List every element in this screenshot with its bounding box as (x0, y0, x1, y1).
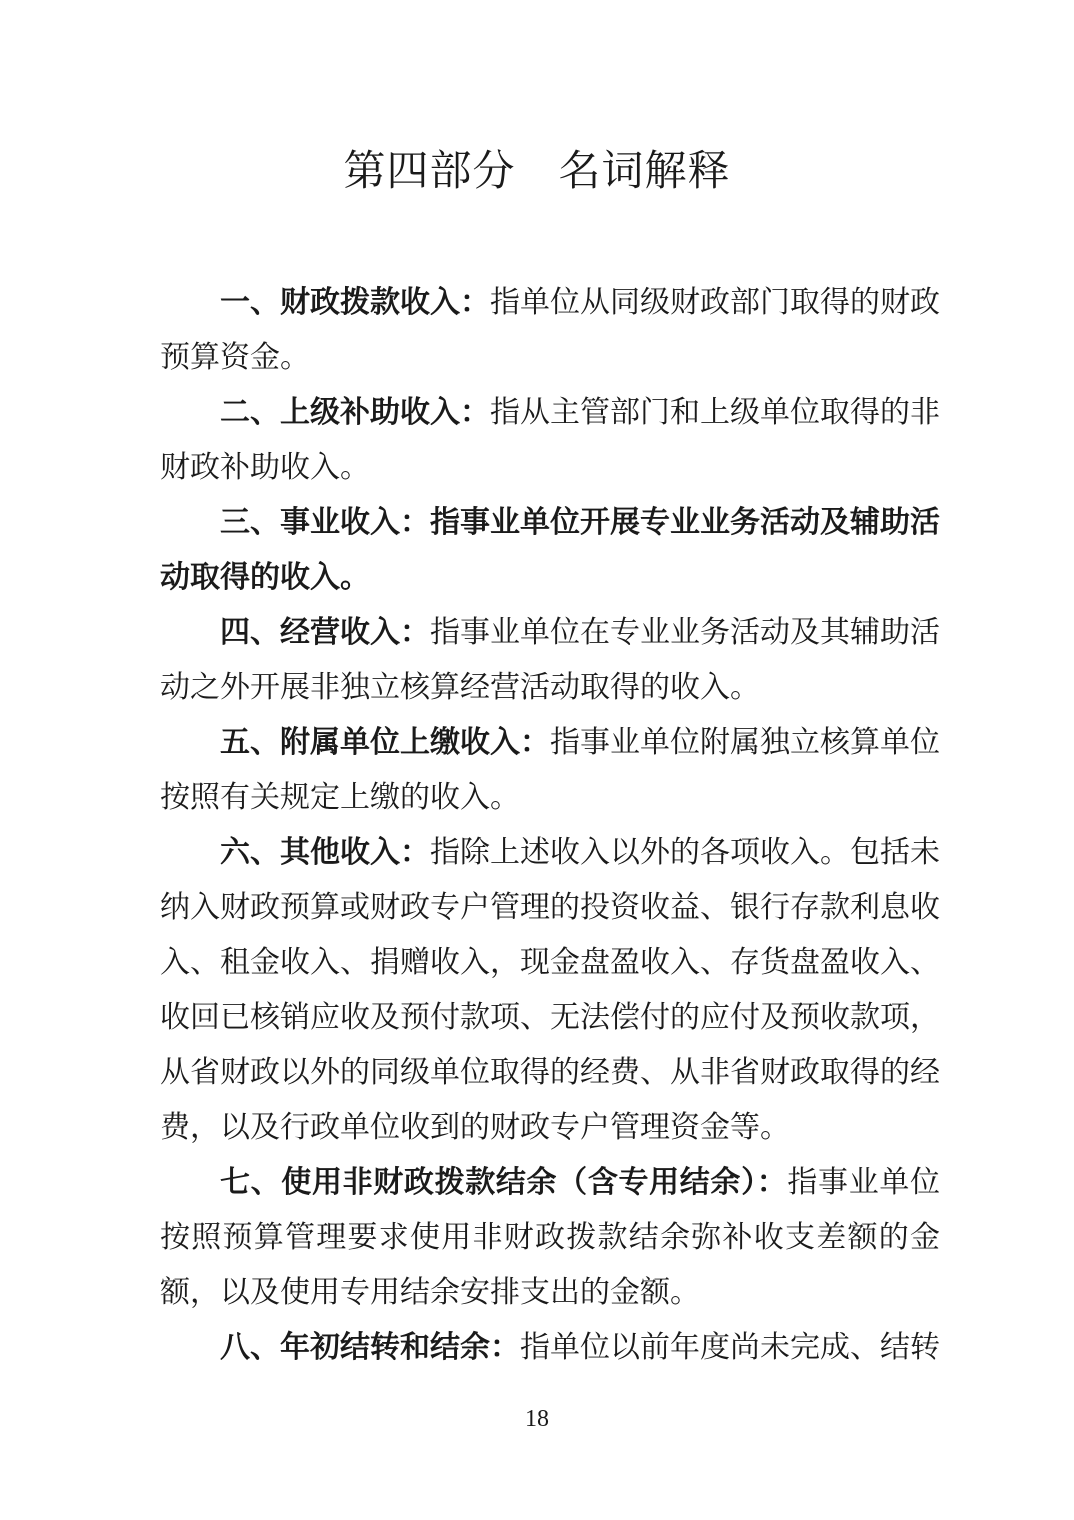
page-number: 18 (0, 1404, 1074, 1434)
term-definition-1: 一、财政拨款收入：指单位从同级财政部门取得的财政预算资金。 (160, 275, 940, 385)
term-2-name: 二、上级补助收入： (220, 396, 490, 429)
page-title: 第四部分 名词解释 (0, 142, 1074, 202)
term-definition-7: 七、使用非财政拨款结余（含专用结余）：指事业单位按照预算管理要求使用非财政拨款结… (160, 1155, 940, 1320)
term-definition-3: 三、事业收入：指事业单位开展专业业务活动及辅助活动取得的收入。 (160, 495, 940, 605)
term-8-description: 指单位以前年度尚未完成、结转 (520, 1331, 940, 1364)
term-definition-8: 八、年初结转和结余：指单位以前年度尚未完成、结转 (160, 1320, 940, 1375)
term-7-name: 七、使用非财政拨款结余（含专用结余）： (220, 1166, 787, 1199)
term-6-description: 指除上述收入以外的各项收入。包括未纳入财政预算或财政专户管理的投资收益、银行存款… (160, 836, 940, 1144)
term-5-name: 五、附属单位上缴收入： (220, 726, 550, 759)
term-definition-5: 五、附属单位上缴收入：指事业单位附属独立核算单位按照有关规定上缴的收入。 (160, 715, 940, 825)
term-definition-4: 四、经营收入：指事业单位在专业业务活动及其辅助活动之外开展非独立核算经营活动取得… (160, 605, 940, 715)
term-definition-6: 六、其他收入：指除上述收入以外的各项收入。包括未纳入财政预算或财政专户管理的投资… (160, 825, 940, 1155)
term-6-name: 六、其他收入： (220, 836, 430, 869)
term-definition-2: 二、上级补助收入：指从主管部门和上级单位取得的非财政补助收入。 (160, 385, 940, 495)
term-1-name: 一、财政拨款收入： (220, 286, 490, 319)
term-4-name: 四、经营收入： (220, 616, 430, 649)
term-3-name: 三、事业收入： (220, 506, 430, 539)
term-8-name: 八、年初结转和结余： (220, 1331, 520, 1364)
document-body: 一、财政拨款收入：指单位从同级财政部门取得的财政预算资金。 二、上级补助收入：指… (160, 275, 940, 1375)
document-page: 第四部分 名词解释 一、财政拨款收入：指单位从同级财政部门取得的财政预算资金。 … (0, 0, 1074, 1520)
